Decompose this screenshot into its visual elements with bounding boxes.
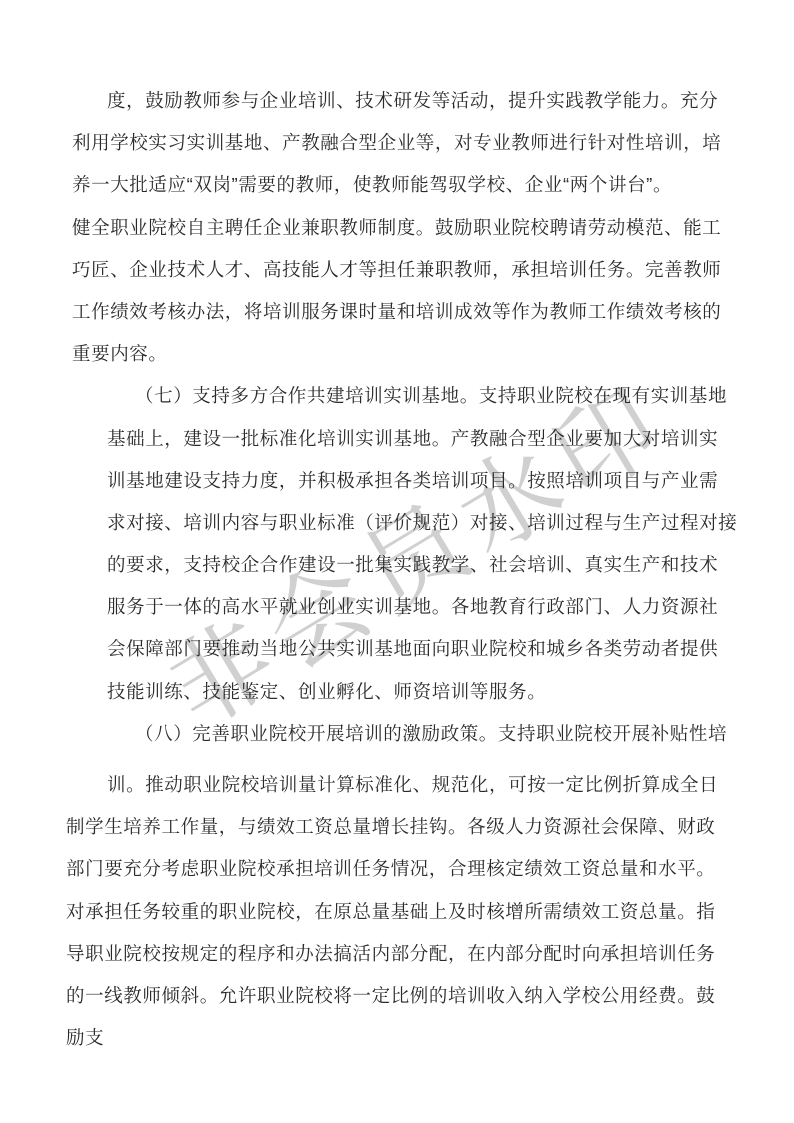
text-line: 导职业院校按规定的程序和办法搞活内部分配，在内部分配时向承担培训任务 <box>0 933 794 975</box>
text-line: 会保障部门要推动当地公共实训基地面向职业院校和城乡各类劳动者提供 <box>0 628 794 670</box>
text-line: 部门要充分考虑职业院校承担培训任务情况，合理核定绩效工资总量和水平。 <box>0 848 794 890</box>
text-line: 工作绩效考核办法，将培训服务课时量和培训成效等作为教师工作绩效考核的 <box>0 291 794 333</box>
text-line: 的一线教师倾斜。允许职业院校将一定比例的培训收入纳入学校公用经费。鼓 <box>0 975 794 1017</box>
text-line: 度，鼓励教师参与企业培训、技术研发等活动，提升实践教学能力。充分 <box>0 80 794 122</box>
document-body: 度，鼓励教师参与企业培训、技术研发等活动，提升实践教学能力。充分 利用学校实习实… <box>0 80 794 1059</box>
text-line: 求对接、培训内容与职业标准（评价规范）对接、培训过程与生产过程对接 <box>0 502 794 544</box>
text-line: 重要内容。 <box>0 333 794 375</box>
document-page: 非会员水印 度，鼓励教师参与企业培训、技术研发等活动，提升实践教学能力。充分 利… <box>0 0 794 1123</box>
text-line: 服务于一体的高水平就业创业实训基地。各地教育行政部门、人力资源社 <box>0 586 794 628</box>
text-line: 养一大批适应“双岗”需要的教师，使教师能驾驭学校、企业“两个讲台”。 <box>0 164 794 206</box>
text-line: 制学生培养工作量，与绩效工资总量增长挂钩。各级人力资源社会保障、财政 <box>0 806 794 848</box>
text-line: 训基地建设支持力度，并积极承担各类培训项目。按照培训项目与产业需 <box>0 460 794 502</box>
text-line: 基础上，建设一批标准化培训实训基地。产教融合型企业要加大对培训实 <box>0 418 794 460</box>
text-line: 励支 <box>0 1017 794 1059</box>
section-head-line: （八）完善职业院校开展培训的激励政策。支持职业院校开展补贴性培 <box>0 713 794 755</box>
text-line: 利用学校实习实训基地、产教融合型企业等，对专业教师进行针对性培训，培 <box>0 122 794 164</box>
text-line: 训。推动职业院校培训量计算标准化、规范化，可按一定比例折算成全日 <box>0 764 794 806</box>
text-line: 的要求，支持校企合作建设一批集实践教学、社会培训、真实生产和技术 <box>0 544 794 586</box>
text-line: 技能训练、技能鉴定、创业孵化、师资培训等服务。 <box>0 671 794 713</box>
text-line: 巧匠、企业技术人才、高技能人才等担任兼职教师，承担培训任务。完善教师 <box>0 249 794 291</box>
text-line: 对承担任务较重的职业院校，在原总量基础上及时核增所需绩效工资总量。指 <box>0 891 794 933</box>
section-head-line: （七）支持多方合作共建培训实训基地。支持职业院校在现有实训基地 <box>0 375 794 417</box>
text-line: 健全职业院校自主聘任企业兼职教师制度。鼓励职业院校聘请劳动模范、能工 <box>0 207 794 249</box>
